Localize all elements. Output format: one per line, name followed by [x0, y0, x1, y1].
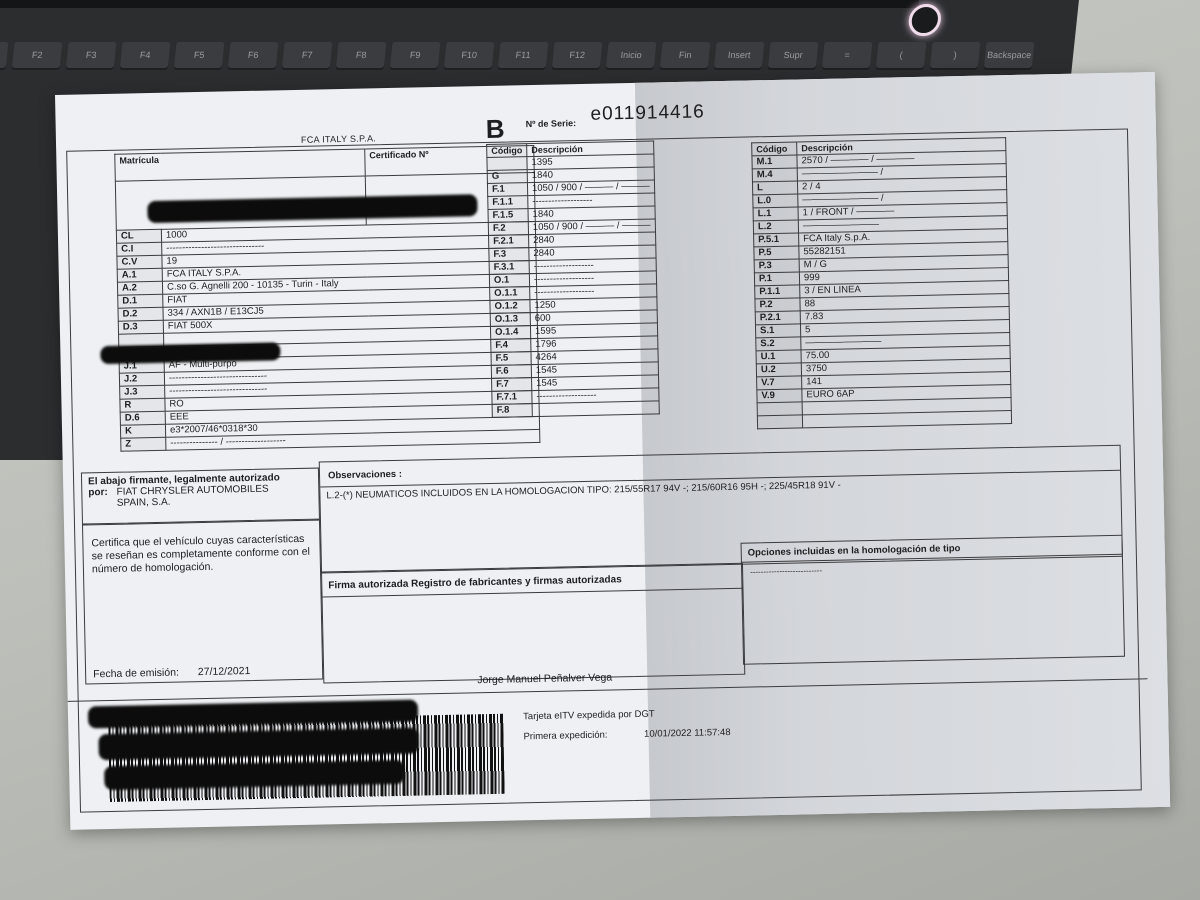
field-code: S.1 [755, 324, 800, 338]
form-letter: B [485, 114, 504, 145]
field-code: F.2 [488, 222, 528, 236]
field-code: O.1.2 [490, 300, 530, 314]
codigo-header: Código [752, 142, 797, 156]
keyboard-key: ( [876, 42, 927, 68]
keyboard-key: Supr [768, 42, 819, 68]
middle-data-table: Código Descripción 1395G1840F.11050 / 90… [486, 140, 659, 417]
field-code: P.2 [755, 298, 800, 312]
keyboard-key: F11 [498, 42, 549, 68]
field-code: L [752, 181, 797, 195]
field-code [757, 415, 802, 429]
keyboard-key: F10 [444, 42, 495, 68]
issue-date-value: 27/12/2021 [198, 665, 251, 678]
field-code: P.5.1 [754, 233, 799, 247]
field-code: J.3 [120, 385, 165, 399]
field-code: Z [121, 437, 166, 451]
field-code: F.3.1 [489, 261, 529, 275]
signer-company: FIAT CHRYSLER AUTOMOBILES SPAIN, S.A. [116, 483, 276, 508]
field-code: D.6 [120, 411, 165, 425]
field-code: P.3 [754, 259, 799, 273]
keyboard-key: F12 [552, 42, 603, 68]
field-code: O.1.1 [490, 287, 530, 301]
field-code: L.0 [753, 194, 798, 208]
issue-date-label: Fecha de emisión: [93, 667, 179, 681]
field-code: D.2 [118, 307, 163, 321]
field-code: F.1.1 [488, 196, 528, 210]
vehicle-technical-card: FCA ITALY S.P.A. B Nº de Serie: e0119144… [55, 72, 1170, 830]
left-data-table: Matrícula Certificado Nº CL1000C.I------… [114, 145, 540, 452]
authorized-signature-label: Firma autorizada Registro de fabricantes… [328, 574, 622, 591]
options-value: --------------------------- [750, 566, 822, 577]
keyboard-key: ) [930, 42, 981, 68]
field-code: F.6 [491, 365, 531, 379]
keyboard-key: F8 [336, 42, 387, 68]
first-issue-value: 10/01/2022 11:57:48 [644, 727, 731, 740]
field-code [487, 157, 527, 171]
field-code [757, 402, 802, 416]
keyboard-key: F2 [12, 42, 63, 68]
signer-por-label: por: [88, 487, 108, 498]
field-code: O.1 [489, 274, 529, 288]
keyboard-key: Fin [660, 42, 711, 68]
keyboard-key: Insert [714, 42, 765, 68]
field-code: O.1.4 [490, 326, 530, 340]
field-code: V.7 [757, 376, 802, 390]
first-issue-label: Primera expedición: [523, 730, 607, 743]
field-code: G [487, 170, 527, 184]
field-code: L.2 [753, 220, 798, 234]
field-code: P.2.1 [755, 311, 800, 325]
keyboard-key: F9 [390, 42, 441, 68]
serial-number: e011914416 [590, 101, 705, 125]
observations-label: Observaciones : [328, 469, 402, 482]
field-code: F.7.1 [492, 391, 532, 405]
field-code: F.2.1 [489, 235, 529, 249]
field-code: K [120, 424, 165, 438]
field-code: F.7 [492, 378, 532, 392]
observations-value: L.2-(*) NEUMATICOS INCLUIDOS EN LA HOMOL… [326, 480, 841, 502]
field-code: R [120, 398, 165, 412]
keyboard-key: F4 [120, 42, 171, 68]
field-code: J.2 [119, 372, 164, 386]
keyboard-key: Backspace [984, 42, 1035, 68]
dgt-info: Tarjeta eITV expedida por DGT Primera ex… [523, 703, 731, 747]
function-key-row: F1F2F3F4F5F6F7F8F9F10F11F12InicioFinInse… [0, 42, 995, 68]
field-code: M.1 [752, 155, 797, 169]
codigo-header: Código [487, 144, 527, 158]
authorized-signature-block: Firma autorizada Registro de fabricantes… [321, 563, 745, 684]
field-code: F.3 [489, 248, 529, 262]
options-block: Opciones incluidas en la homologación de… [741, 535, 1125, 665]
keyboard-key: F3 [66, 42, 117, 68]
keyboard-key: = [822, 42, 873, 68]
keyboard-key: F6 [228, 42, 279, 68]
redaction-mark [100, 342, 280, 364]
field-code: D.1 [118, 294, 163, 308]
field-code: F.4 [491, 339, 531, 353]
power-button-icon [907, 4, 942, 36]
field-code: CL [116, 229, 161, 243]
field-code: F.1 [487, 183, 527, 197]
field-code: P.5 [754, 246, 799, 260]
table-row: F.8 [492, 401, 659, 417]
keyboard-key: F5 [174, 42, 225, 68]
field-code: F.5 [491, 352, 531, 366]
right-data-table: Código Descripción M.12570 / ———— / ————… [751, 137, 1012, 429]
issuer-company: FCA ITALY S.P.A. [301, 133, 376, 145]
keyboard: F1F2F3F4F5F6F7F8F9F10F11F12InicioFinInse… [0, 42, 995, 76]
field-code: M.4 [752, 168, 797, 182]
keyboard-key: F1 [0, 42, 9, 68]
field-code: F.1.5 [488, 209, 528, 223]
keyboard-key: F7 [282, 42, 333, 68]
field-code: L.1 [753, 207, 798, 221]
keyboard-key: Inicio [606, 42, 657, 68]
field-code: S.2 [756, 337, 801, 351]
field-code: P.1.1 [755, 285, 800, 299]
certification-text: Certifica que el vehículo cuyas caracter… [91, 533, 312, 577]
field-code: O.1.3 [490, 313, 530, 327]
field-code: A.1 [117, 268, 162, 282]
field-code: C.V [117, 255, 162, 269]
field-code: A.2 [117, 281, 162, 295]
signer-block: El abajo firmante, legalmente autorizado… [81, 468, 320, 525]
field-code: P.1 [754, 272, 799, 286]
options-label: Opciones incluidas en la homologación de… [748, 543, 961, 558]
field-code: F.8 [492, 404, 532, 418]
field-code: U.1 [756, 350, 801, 364]
signer-name: Jorge Manuel Peñalver Vega [477, 671, 612, 686]
screen-bezel [0, 0, 920, 8]
field-code: V.9 [757, 389, 802, 403]
field-code: D.3 [118, 320, 163, 334]
serial-label: Nº de Serie: [526, 118, 577, 129]
field-code: C.I [117, 242, 162, 256]
certification-block: Certifica que el vehículo cuyas caracter… [82, 520, 323, 685]
field-code: U.2 [756, 363, 801, 377]
field-value [532, 401, 659, 417]
